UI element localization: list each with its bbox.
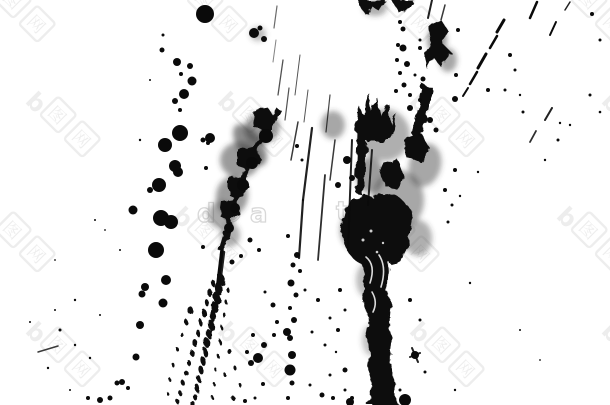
splatter-svg: b 图 网 b 图 网 d©atiac: [0, 0, 610, 405]
watermark-text-fragment: a: [250, 199, 268, 229]
watermark-pattern-layer: [0, 0, 610, 405]
ink-splatter-image: b 图 网 b 图 网 d©atiac: [0, 0, 610, 405]
